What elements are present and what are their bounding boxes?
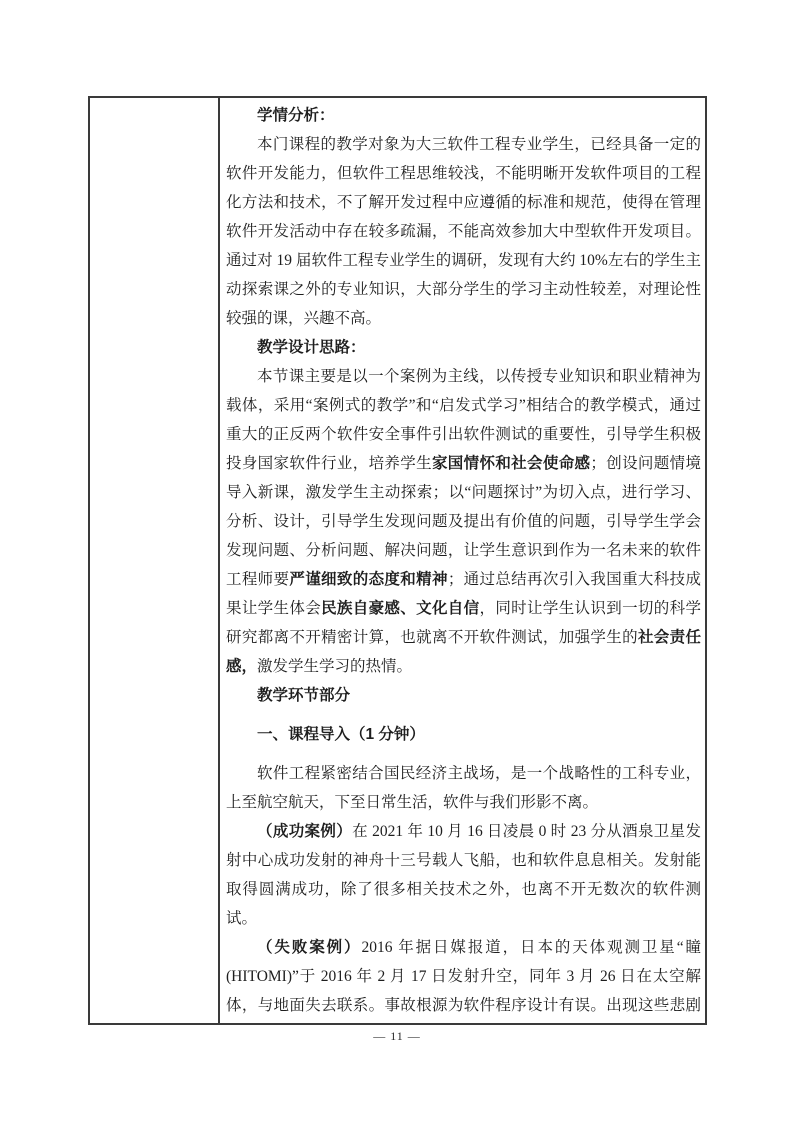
failure-case-paragraph: （失败案例）2016 年据日媒报道，日本的天体观测卫星“瞳(HITOMI)”于 … [226,933,701,1023]
success-case-label: （成功案例） [257,823,352,840]
success-case-paragraph: （成功案例）在 2021 年 10 月 16 日凌晨 0 时 23 分从酒泉卫星… [226,817,701,933]
learner-analysis-heading: 学情分析： [226,101,701,130]
table-content-column: 学情分析： 本门课程的教学对象为大三软件工程专业学生，已经具备一定的软件开发能力… [220,98,705,1023]
failure-case-label: （失败案例） [257,939,361,956]
design-approach-run-3: ；创设问题情境导入新课，激发学生主动探索；以“问题探讨”为切入点，进行学习、分析… [226,455,701,588]
design-approach-keyphrase-pride: 民族自豪感、文化自信 [321,600,479,617]
design-approach-run-9: 激发学生学习的热情。 [257,658,412,675]
course-intro-lead-paragraph: 软件工程紧密结合国民经济主战场，是一个战略性的工科专业，上至航空航天，下至日常生… [226,759,701,817]
course-intro-heading: 一、课程导入（1 分钟） [226,720,701,749]
design-approach-heading: 教学设计思路： [226,333,701,362]
table-left-column-empty [90,98,220,1023]
lesson-plan-table: 学情分析： 本门课程的教学对象为大三软件工程专业学生，已经具备一定的软件开发能力… [88,96,707,1025]
design-approach-paragraph: 本节课主要是以一个案例为主线，以传授专业知识和职业精神为载体，采用“案例式的教学… [226,362,701,681]
teaching-stages-heading: 教学环节部分 [226,681,701,710]
design-approach-keyphrase-patriotism: 家国情怀和社会使命感 [432,455,590,472]
design-approach-keyphrase-rigor: 严谨细致的态度和精神 [289,571,447,588]
page-number: — 11 — [0,1029,794,1044]
learner-analysis-paragraph: 本门课程的教学对象为大三软件工程专业学生，已经具备一定的软件开发能力，但软件工程… [226,130,701,333]
